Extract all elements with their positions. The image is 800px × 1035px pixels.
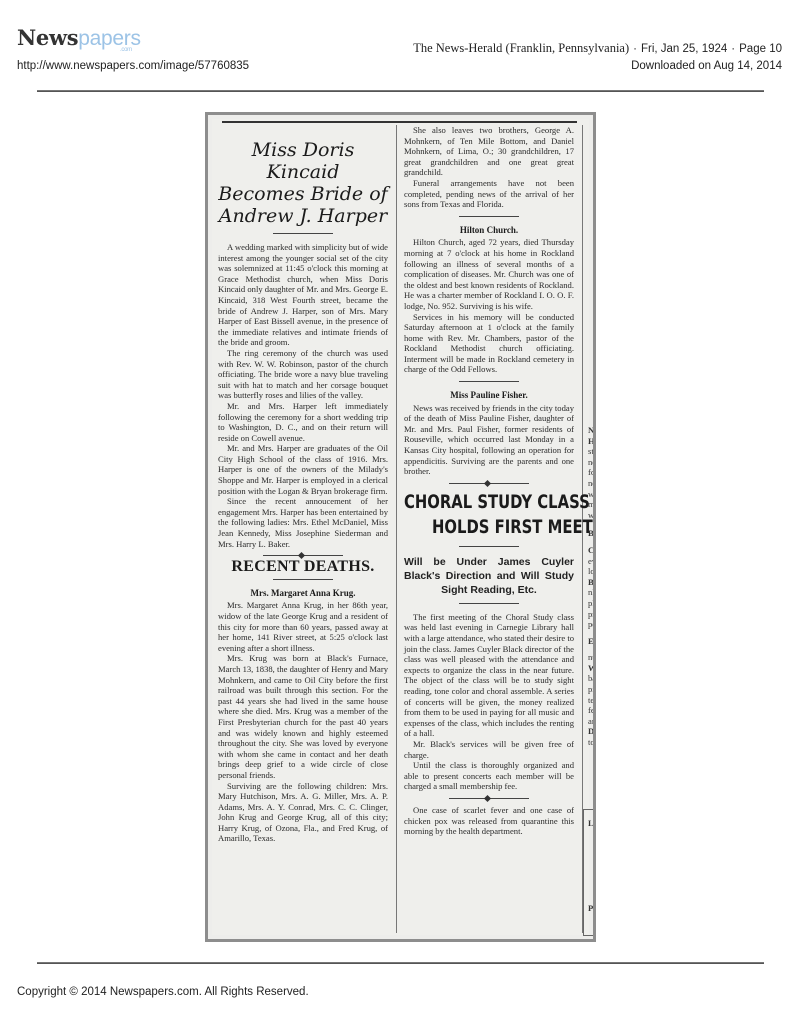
wedding-article: A wedding marked with simplicity but of …: [218, 242, 388, 549]
obituary-divider: [459, 381, 519, 382]
clipped-text-fragment: pre: [588, 609, 596, 620]
clipped-text-fragment: me: [588, 499, 596, 510]
clipped-text-fragment: nly: [588, 587, 596, 598]
wedding-headline: Miss Doris Kincaid Becomes Bride of Andr…: [218, 139, 388, 227]
header-divider: [37, 90, 764, 92]
newspaper-clipping: Miss Doris Kincaid Becomes Bride of Andr…: [205, 112, 596, 942]
clipped-text-fragment: wi: [588, 510, 596, 521]
clipped-text-fragment: nee: [588, 457, 596, 468]
clipped-text-fragment: an: [588, 716, 596, 727]
clipped-text-fragment: pla: [588, 598, 596, 609]
clipped-text-fragment: En: [588, 636, 596, 647]
obituary-krug: Mrs. Margaret Anna Krug, in her 86th yea…: [218, 600, 388, 844]
clipped-text-fragment: H.: [588, 436, 596, 447]
article-divider: [449, 798, 529, 799]
choral-deck: Will be Under James Cuyler Black's Direc…: [404, 555, 574, 597]
clipped-text-fragment: pil: [588, 684, 596, 695]
obituary-title-fisher: Miss Pauline Fisher.: [404, 390, 574, 401]
clipped-text-fragment: Bu: [588, 528, 596, 539]
clipped-text-fragment: wa: [588, 489, 596, 500]
clipped-text-fragment: fee: [588, 705, 596, 716]
clipped-text-fragment: Ne: [588, 425, 596, 436]
clipped-text-fragment: nu: [588, 652, 596, 663]
clipping-top-rule: [222, 121, 577, 123]
recent-deaths-heading: RECENT DEATHS.: [218, 562, 388, 573]
clipped-text-fragment: str: [588, 446, 596, 457]
headline-rule: [459, 546, 519, 547]
publication-info: The News-Herald (Franklin, Pennsylvania)…: [413, 41, 782, 56]
choral-article: The first meeting of the Choral Study cl…: [404, 612, 574, 792]
headline-rule: [273, 233, 333, 234]
clipped-text-fragment: Be: [588, 577, 596, 588]
clipped-text-fragment: for: [588, 467, 596, 478]
obituary-title-krug: Mrs. Margaret Anna Krug.: [218, 588, 388, 599]
publication-name: The News-Herald (Franklin, Pennsylvania): [413, 41, 629, 55]
footer-divider: [37, 962, 764, 964]
clipped-text-fragment: Wy: [588, 663, 596, 674]
column-left: Miss Doris Kincaid Becomes Bride of Andr…: [218, 125, 388, 844]
clipped-text-fragment: ten: [588, 695, 596, 706]
obituary-divider: [459, 216, 519, 217]
clipping-paper: Miss Doris Kincaid Becomes Bride of Andr…: [212, 119, 589, 935]
clipped-text-fragment: eve: [588, 556, 596, 567]
obituary-krug-continued: She also leaves two brothers, George A. …: [404, 125, 574, 210]
column-right-clipped: NeH.strneeforneewamewiBuCoevelocBenlypla…: [588, 125, 596, 914]
section-rule: [273, 579, 333, 580]
obituary-church: Hilton Church, aged 72 years, died Thurs…: [404, 237, 574, 375]
health-notice: One case of scarlet fever and one case o…: [404, 805, 574, 837]
article-divider: [449, 483, 529, 484]
clipped-text-fragment: pe: [588, 619, 596, 630]
clipped-text-fragment: too: [588, 737, 596, 748]
publication-date: Fri, Jan 25, 1924: [641, 43, 727, 55]
deck-rule: [459, 603, 519, 604]
clipped-advertisement-box: [583, 809, 596, 936]
page-number: Page 10: [739, 43, 782, 55]
column-middle: She also leaves two brothers, George A. …: [404, 125, 574, 837]
obituary-fisher: News was received by friends in the city…: [404, 403, 574, 477]
logo-text-main: News: [17, 25, 78, 50]
clipped-text-fragment: nee: [588, 478, 596, 489]
obituary-title-church: Hilton Church.: [404, 225, 574, 236]
column-divider: [396, 125, 397, 933]
clipped-text-fragment: Do: [588, 726, 596, 737]
copyright-notice: Copyright © 2014 Newspapers.com. All Rig…: [17, 986, 309, 998]
newspapers-logo[interactable]: Newspapers .com: [17, 27, 141, 49]
image-url-link[interactable]: http://www.newspapers.com/image/57760835: [17, 60, 249, 72]
choral-headline: CHORAL STUDY CLASS HOLDS FIRST MEETING: [404, 490, 574, 540]
logo-text-suffix: .com: [120, 47, 132, 53]
article-divider: [263, 555, 343, 556]
download-date: Downloaded on Aug 14, 2014: [631, 60, 782, 72]
clipped-text-fragment: Co: [588, 545, 596, 556]
clipped-text-fragment: ba: [588, 673, 596, 684]
clipped-text-fragment: loc: [588, 566, 596, 577]
